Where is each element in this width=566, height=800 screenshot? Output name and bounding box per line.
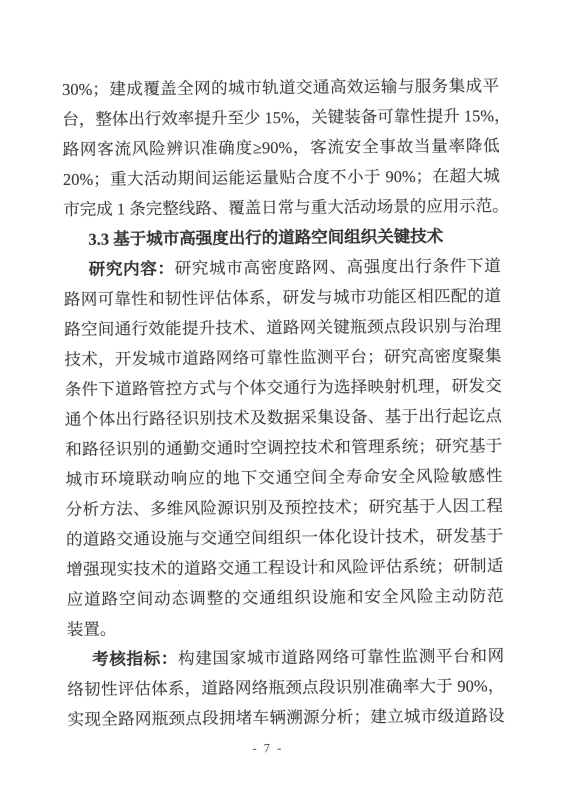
text-line: 条件下道路管控方式与个体交通行为选择映射机理，研发交 <box>65 371 502 405</box>
text-line: 城市环境联动响应的地下交通空间全寿命安全风险敏感性 <box>65 461 502 495</box>
text-line: 市完成 1 条完整线路、覆盖日常与重大活动场景的应用示范。 <box>63 191 500 225</box>
text-line: 通个体出行路径识别技术及数据采集设备、基于出行起讫点 <box>65 401 502 435</box>
paragraph-first-line: 研究内容：研究城市高密度路网、高强度出行条件下道 <box>64 251 501 285</box>
text-column: 30%；建成覆盖全网的城市轨道交通高效运输与服务集成平 台，整体出行效率提升至少… <box>62 71 505 735</box>
text-line: 应道路空间动态调整的交通组织设施和安全风险主动防范 <box>66 581 503 615</box>
text-line: 研究城市高密度路网、高强度出行条件下道 <box>175 256 501 278</box>
text-line: 增强现实技术的道路交通工程设计和风险评估系统；研制适 <box>66 551 503 585</box>
paragraph-label: 考核指标： <box>92 649 178 669</box>
text-line: 络韧性评估体系，道路网络瓶颈点段识别准确率大于 90%， <box>67 671 504 705</box>
paragraph-last-line: 装置。 <box>67 611 504 645</box>
text-line: 路空间通行效能提升技术、道路网关键瓶颈点段识别与治理 <box>64 311 501 345</box>
paragraph-label: 研究内容： <box>89 259 175 279</box>
text-line: 台，整体出行效率提升至少 15%，关键装备可靠性提升 15%， <box>62 101 499 135</box>
text-line: 实现全路网瓶颈点段拥堵车辆溯源分析；建立城市级道路设 <box>67 701 504 735</box>
paragraph-first-line: 考核指标：构建国家城市道路网络可靠性监测平台和网 <box>67 641 504 675</box>
text-line: 20%；重大活动期间运能运量贴合度不小于 90%；在超大城 <box>63 161 500 195</box>
text-line: 30%；建成覆盖全网的城市轨道交通高效运输与服务集成平 <box>62 71 499 105</box>
text-line: 构建国家城市道路网络可靠性监测平台和网 <box>178 646 504 668</box>
text-line: 的道路交通设施与交通空间组织一体化设计技术，研发基于 <box>66 521 503 555</box>
text-line: 路网可靠性和韧性评估体系，研发与城市功能区相匹配的道 <box>64 281 501 315</box>
text-line: 分析方法、多维风险源识别及预控技术；研究基于人因工程 <box>66 491 503 525</box>
scanned-page: 30%；建成覆盖全网的城市轨道交通高效运输与服务集成平 台，整体出行效率提升至少… <box>0 0 566 800</box>
section-heading: 3.3 基于城市高强度出行的道路空间组织关键技术 <box>63 221 500 255</box>
text-line: 路网客流风险辨识准确度≥90%，客流安全事故当量率降低 <box>63 131 500 165</box>
page-number: - 7 - <box>68 739 468 757</box>
text-line: 技术，开发城市道路网络可靠性监测平台；研究高密度聚集 <box>64 341 501 375</box>
text-line: 和路径识别的通勤交通时空调控技术和管理系统；研究基于 <box>65 431 502 465</box>
